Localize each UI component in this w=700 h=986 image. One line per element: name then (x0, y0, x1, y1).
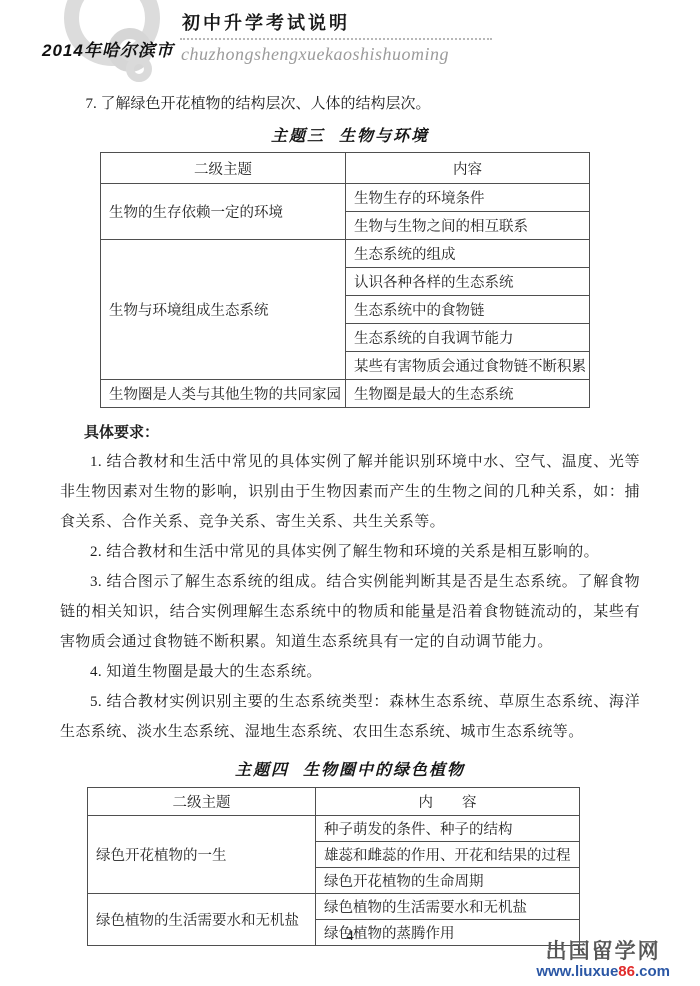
header-cell-content: 内容 (346, 153, 590, 184)
theme-cell: 绿色开花植物的一生 (88, 816, 316, 894)
topic3-heading: 主题三生物与环境 (60, 123, 640, 146)
requirement-paragraph-2: 2. 结合教材和生活中常见的具体实例了解生物和环境的关系是相互影响的。 (60, 537, 640, 567)
intro-line-7: 7. 了解绿色开花植物的结构层次、人体的结构层次。 (60, 92, 640, 116)
table-row: 生物圈是人类与其他生物的共同家园 生物圈是最大的生态系统 (101, 380, 590, 408)
table-header-row: 二级主题 内容 (101, 153, 590, 184)
header-cell-content: 内 容 (316, 788, 580, 816)
watermark-site-name: 出国留学网 (536, 941, 670, 962)
biology-environment-table: 二级主题 内容 生物的生存依赖一定的环境 生物生存的环境条件 生物与生物之间的相… (100, 152, 590, 408)
content-cell: 雄蕊和雌蕊的作用、开花和结果的过程 (316, 842, 580, 868)
theme-cell: 生物与环境组成生态系统 (101, 240, 346, 380)
theme-cell: 生物的生存依赖一定的环境 (101, 184, 346, 240)
content-cell: 认识各种各样的生态系统 (346, 268, 590, 296)
table-row: 绿色植物的生活需要水和无机盐 绿色植物的生活需要水和无机盐 (88, 894, 580, 920)
page-header: 2014年哈尔滨市 初中升学考试说明 chuzhongshengxuekaosh… (0, 0, 700, 88)
header-cell-secondary-theme: 二级主题 (88, 788, 316, 816)
requirement-paragraph-4: 4. 知道生物圈是最大的生态系统。 (60, 657, 640, 687)
header-cell-secondary-theme: 二级主题 (101, 153, 346, 184)
table-row: 生物与环境组成生态系统 生态系统的组成 (101, 240, 590, 268)
requirement-paragraph-3: 3. 结合图示了解生态系统的组成。结合实例能判断其是否是生态系统。了解食物链的相… (60, 567, 640, 657)
watermark-site-url: www.liuxue86.com (536, 964, 670, 979)
watermark: 出国留学网 www.liuxue86.com (536, 941, 670, 979)
table-row: 生物的生存依赖一定的环境 生物生存的环境条件 (101, 184, 590, 212)
topic4-title: 生物圈中的绿色植物 (303, 762, 465, 779)
requirements-heading: 具体要求： (60, 419, 640, 447)
table-header-row: 二级主题 内 容 (88, 788, 580, 816)
requirement-paragraph-5: 5. 结合教材实例识别主要的生态系统类型：森林生态系统、草原生态系统、海洋生态系… (60, 687, 640, 747)
topic4-heading: 主题四生物圈中的绿色植物 (60, 757, 640, 780)
content-cell: 绿色开花植物的生命周期 (316, 868, 580, 894)
topic3-label: 主题三 (271, 128, 325, 145)
topic4-label: 主题四 (235, 762, 289, 779)
content-cell: 生物与生物之间的相互联系 (346, 212, 590, 240)
dotted-divider (180, 38, 492, 40)
table-row: 绿色开花植物的一生 种子萌发的条件、种子的结构 (88, 816, 580, 842)
content-cell: 生态系统的组成 (346, 240, 590, 268)
content-cell: 生物圈是最大的生态系统 (346, 380, 590, 408)
year-city-label: 2014年哈尔滨市 (42, 36, 174, 61)
topic3-title: 生物与环境 (339, 128, 429, 145)
content-cell: 绿色植物的生活需要水和无机盐 (316, 894, 580, 920)
content-cell: 生态系统中的食物链 (346, 296, 590, 324)
content-cell: 生物生存的环境条件 (346, 184, 590, 212)
green-plants-table: 二级主题 内 容 绿色开花植物的一生 种子萌发的条件、种子的结构 雄蕊和雌蕊的作… (87, 787, 580, 946)
pinyin-subtitle: chuzhongshengxuekaoshishuoming (181, 44, 449, 65)
document-title: 初中升学考试说明 (182, 9, 350, 35)
theme-cell: 生物圈是人类与其他生物的共同家园 (101, 380, 346, 408)
content-cell: 种子萌发的条件、种子的结构 (316, 816, 580, 842)
content-cell: 某些有害物质会通过食物链不断积累 (346, 352, 590, 380)
requirement-paragraph-1: 1. 结合教材和生活中常见的具体实例了解并能识别环境中水、空气、温度、光等非生物… (60, 447, 640, 537)
document-body: 7. 了解绿色开花植物的结构层次、人体的结构层次。 主题三生物与环境 二级主题 … (0, 88, 700, 946)
content-cell: 生态系统的自我调节能力 (346, 324, 590, 352)
